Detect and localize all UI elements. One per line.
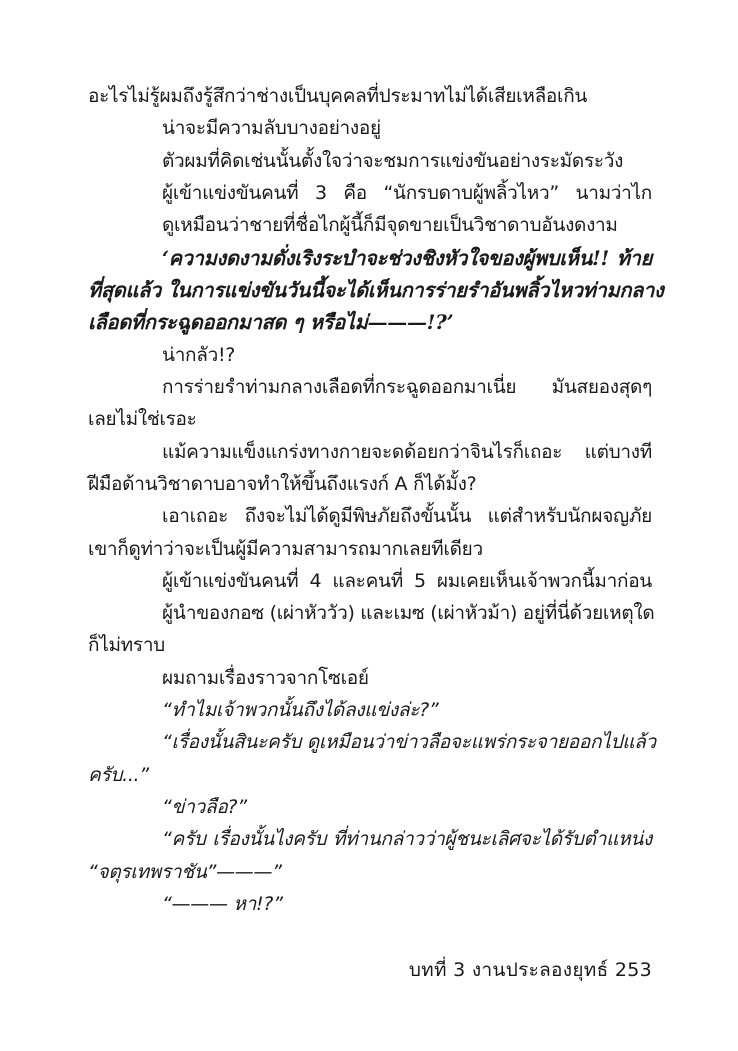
dialogue-line: “จตุรเทพราชัน”———” [88, 856, 282, 888]
dialogue-line: “ครับ เรื่องนั้นไงครับ ที่ท่านกล่าวว่าผู… [162, 823, 652, 855]
emphasized-quote-line: ‘ความงดงามดั่งเริงระบำจะช่วงชิงหัวใจของผ… [162, 242, 652, 274]
dialogue-line: “ข่าวลือ?” [162, 791, 247, 823]
text-line: ผู้เข้าแข่งขันคนที่ 3 คือ “นักรบดาบผู้พล… [162, 177, 652, 209]
text-line: การร่ายรำท่ามกลางเลือดที่กระฉูดออกมาเนี่… [162, 371, 652, 403]
text-line: ดูเหมือนว่าชายที่ชื่อไกผู้นี้ก็มีจุดขายเ… [162, 209, 618, 241]
dialogue-line: “ทำไมเจ้าพวกนั้นถึงได้ลงแข่งล่ะ?” [162, 694, 438, 726]
text-line: แม้ความแข็งแกร่งทางกายจะดด้อยกว่าจินไรก็… [162, 436, 652, 468]
text-line: ฝีมือด้านวิชาดาบอาจทำให้ขึ้นถึงแรงก์ A ก… [88, 468, 476, 500]
text-line: ผู้นำของกอซ (เผ่าหัววัว) และเมซ (เผ่าหัว… [162, 597, 652, 629]
text-line: ก็ไม่ทราบ [88, 629, 165, 661]
dialogue-line: ครับ...” [88, 759, 149, 791]
emphasized-quote-line: เลือดที่กระฉูดออกมาสด ๆ หรือไม่———!?’ [88, 306, 453, 338]
text-line: เอาเถอะ ถึงจะไม่ได้ดูมีพิษภัยถึงขั้นนั้น… [162, 500, 652, 532]
text-line: อะไรไม่รู้ผมถึงรู้สึกว่าช่างเป็นบุคคลที่… [88, 80, 652, 112]
dialogue-line: “——— หา!?” [162, 888, 283, 920]
emphasized-quote-line: ที่สุดแล้ว ในการแข่งขันวันนี้จะได้เห็นกา… [88, 274, 652, 306]
text-line: เลยไม่ใช่เรอะ [88, 403, 197, 435]
text-line: ตัวผมที่คิดเช่นนั้นตั้งใจว่าจะชมการแข่งข… [162, 145, 623, 177]
text-line: ผมถามเรื่องราวจากโซเอย์ [162, 662, 369, 694]
text-line: ผู้เข้าแข่งขันคนที่ 4 และคนที่ 5 ผมเคยเห… [162, 565, 652, 597]
text-line: น่าจะมีความลับบางอย่างอยู่ [162, 112, 381, 144]
dialogue-line: “เรื่องนั้นสินะครับ ดูเหมือนว่าข่าวลือจะ… [162, 726, 652, 758]
text-line: เขาก็ดูท่าว่าจะเป็นผู้มีความสามารถมากเลย… [88, 533, 483, 565]
page-footer-chapter-and-number: บทที่ 3 งานประลองยุทธ์ 253 [409, 956, 652, 984]
text-line: น่ากลัว!? [162, 339, 235, 371]
